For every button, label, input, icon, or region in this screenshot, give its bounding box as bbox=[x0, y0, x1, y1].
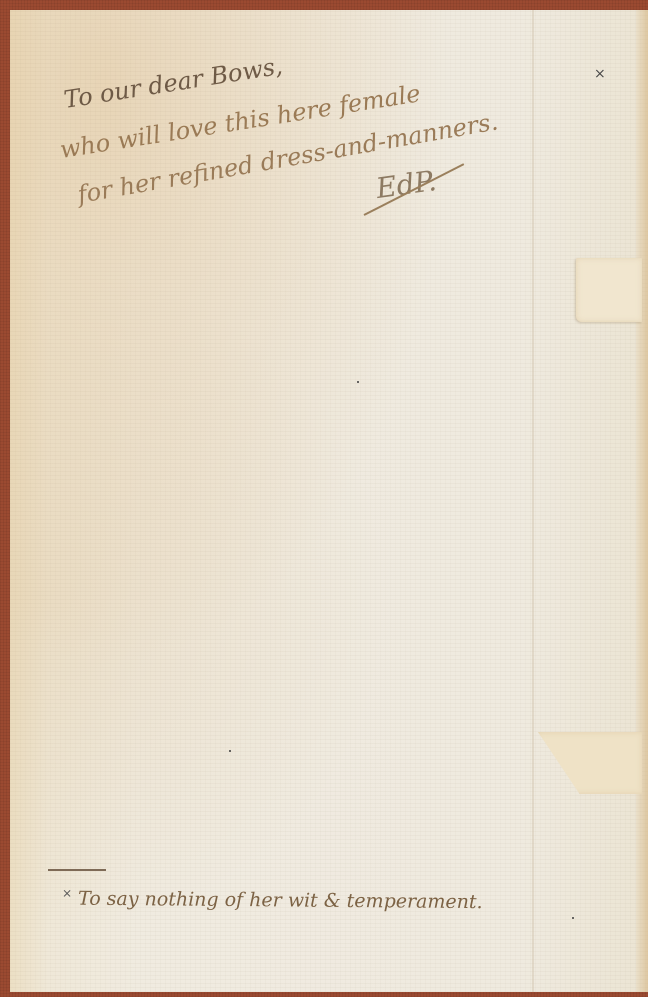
paper-speck bbox=[229, 750, 231, 752]
hinge-tab-bottom bbox=[538, 732, 642, 794]
paper-fold-line bbox=[532, 10, 534, 992]
footnote-text: To say nothing of her wit & temperament. bbox=[78, 888, 483, 914]
footnote-mark: × bbox=[62, 886, 72, 900]
footnote-reference-mark: × bbox=[594, 66, 606, 82]
hinge-tab-top bbox=[576, 258, 642, 322]
footnote: ×To say nothing of her wit & temperament… bbox=[62, 886, 483, 913]
paper-speck bbox=[357, 381, 359, 383]
footnote-rule bbox=[48, 869, 106, 871]
paper-speck bbox=[572, 917, 574, 919]
page-right-edge bbox=[636, 10, 648, 992]
